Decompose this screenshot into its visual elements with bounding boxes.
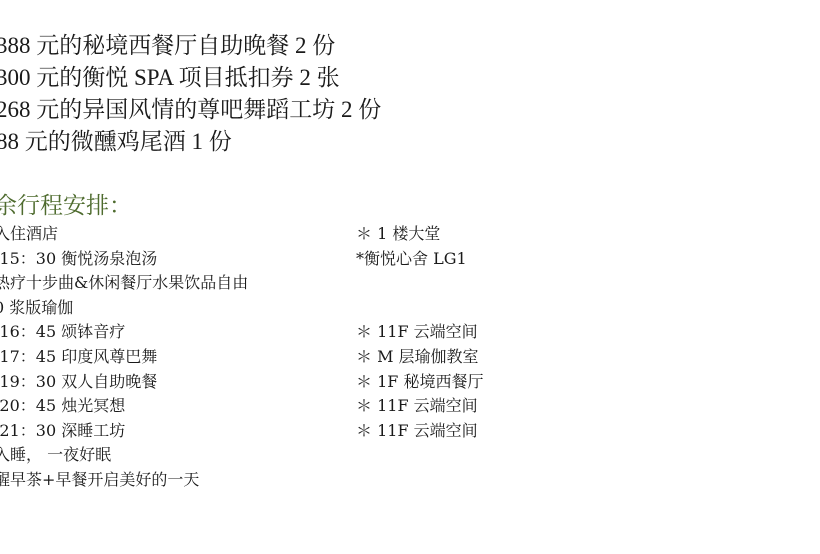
schedule-activity: -15：30 衡悦汤泉泡汤 <box>0 247 157 272</box>
schedule-activity: -16：45 颂钵音疗 <box>0 320 125 345</box>
schedule-row: -21：30 深睡工坊 ＊ 11F 云端空间 <box>0 419 794 444</box>
schedule-location: *衡悦心舍 LG1 <box>356 247 467 272</box>
schedule-row: 醒早茶+早餐开启美好的一天 <box>0 468 794 493</box>
schedule-activity: 0 浆版瑜伽 <box>0 296 73 321</box>
schedule-row: -20：45 烛光冥想 ＊ 11F 云端空间 <box>0 394 794 419</box>
schedule-row: -16：45 颂钵音疗 ＊ 11F 云端空间 <box>0 320 794 345</box>
offer-item: 388 元的秘境西餐厅自助晚餐 2 份 <box>0 30 381 62</box>
schedule-row: -17：45 印度风尊巴舞 ＊ M 层瑜伽教室 <box>0 345 794 370</box>
schedule-location: ＊ 1F 秘境西餐厅 <box>356 370 483 395</box>
offers-list: 388 元的秘境西餐厅自助晚餐 2 份 300 元的衡悦 SPA 项目抵扣券 2… <box>0 30 381 158</box>
schedule-activity: 热疗十步曲&休闲餐厅水果饮品自由 <box>0 271 248 296</box>
schedule-activity: 入住酒店 <box>0 222 58 247</box>
schedule-activity: 醒早茶+早餐开启美好的一天 <box>0 468 199 493</box>
schedule-title: 余行程安排： <box>0 190 132 222</box>
schedule-activity: -21：30 深睡工坊 <box>0 419 125 444</box>
schedule-location: ＊ M 层瑜伽教室 <box>356 345 479 370</box>
schedule-row: 0 浆版瑜伽 <box>0 296 794 321</box>
schedule-activity: -20：45 烛光冥想 <box>0 394 125 419</box>
schedule-activity: -19：30 双人自助晚餐 <box>0 370 157 395</box>
schedule-row: -15：30 衡悦汤泉泡汤 *衡悦心舍 LG1 <box>0 247 794 272</box>
schedule-activity: -17：45 印度风尊巴舞 <box>0 345 157 370</box>
schedule-list: 入住酒店 ＊ 1 楼大堂 -15：30 衡悦汤泉泡汤 *衡悦心舍 LG1 热疗十… <box>0 222 794 493</box>
offer-item: 88 元的微醺鸡尾酒 1 份 <box>0 126 381 158</box>
schedule-row: -19：30 双人自助晚餐 ＊ 1F 秘境西餐厅 <box>0 370 794 395</box>
schedule-row: 热疗十步曲&休闲餐厅水果饮品自由 <box>0 271 794 296</box>
schedule-location: ＊ 11F 云端空间 <box>356 394 478 419</box>
offer-item: 300 元的衡悦 SPA 项目抵扣券 2 张 <box>0 62 381 94</box>
schedule-activity: 入睡， 一夜好眠 <box>0 443 111 468</box>
schedule-location: ＊ 1 楼大堂 <box>356 222 440 247</box>
schedule-location: ＊ 11F 云端空间 <box>356 320 478 345</box>
schedule-row: 入睡， 一夜好眠 <box>0 443 794 468</box>
schedule-location: ＊ 11F 云端空间 <box>356 419 478 444</box>
schedule-row: 入住酒店 ＊ 1 楼大堂 <box>0 222 794 247</box>
offer-item: 268 元的异国风情的尊吧舞蹈工坊 2 份 <box>0 94 381 126</box>
